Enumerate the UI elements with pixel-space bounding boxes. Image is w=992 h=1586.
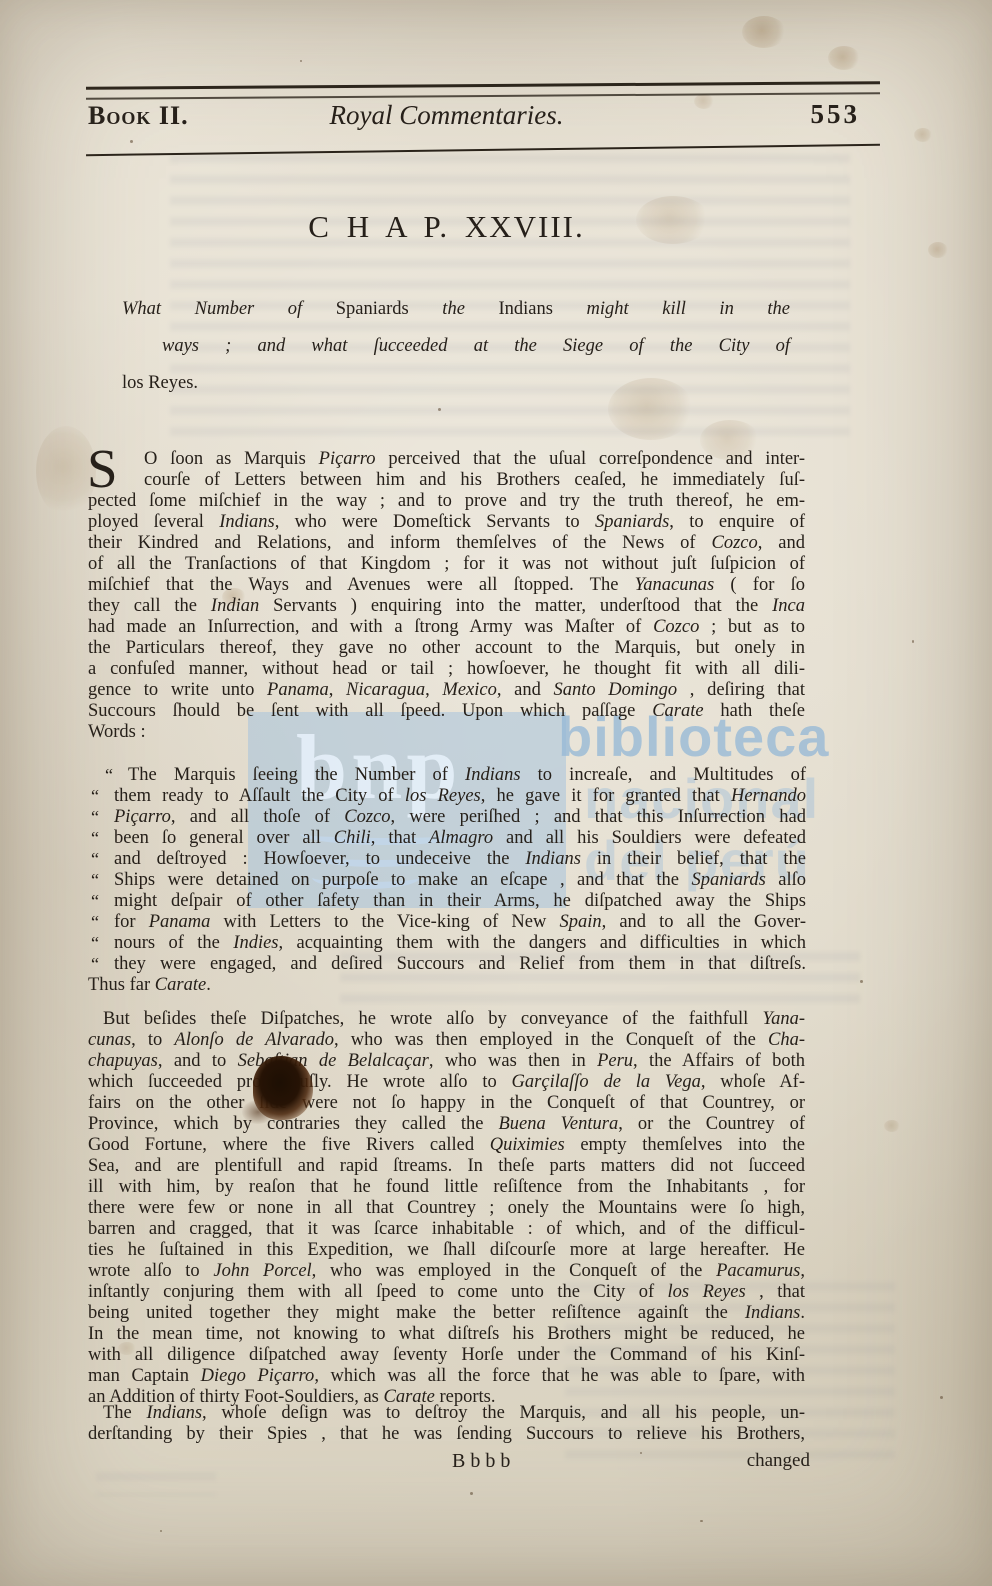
- body-line: courſe of Letters between him and his Br…: [88, 470, 805, 491]
- foxing-spot: [700, 420, 760, 460]
- quotation-mark: “: [91, 870, 99, 891]
- paragraph-1: S O ſoon as Marquis Piçarro perceived th…: [88, 449, 805, 743]
- quote-line: “them ready to Aſſault the City of los R…: [114, 786, 806, 807]
- foxing-spot: [884, 1120, 900, 1132]
- quotation-mark: “: [91, 912, 99, 933]
- foxing-spot: [742, 16, 786, 48]
- quote-line: “Ships were detained on purpoſe to make …: [114, 870, 806, 891]
- body-line: the Particulars thereof, they gave no ot…: [88, 638, 805, 659]
- quote-line: “for Panama with Letters to the Vice-kin…: [114, 912, 806, 933]
- quotation-mark: “: [91, 765, 113, 786]
- body-line: had made an Inſurrection, and with a ſtr…: [88, 617, 805, 638]
- body-line: derſtanding by their Spies , that he was…: [88, 1424, 805, 1445]
- foxing-spot: [828, 46, 860, 70]
- body-line: of all the Tranſactions of that Kingdom …: [88, 554, 805, 575]
- quote-line: “The Marquis ſeeing the Number of Indian…: [114, 765, 806, 786]
- subtitle-line: What Number of Spaniards the Indians mig…: [122, 291, 790, 328]
- body-line: ties he ſuſtained in this Expedition, we…: [88, 1240, 805, 1261]
- body-line: ill with him, by reaſon that he found li…: [88, 1177, 805, 1198]
- quotation-mark: “: [91, 786, 99, 807]
- foxing-spot: [914, 128, 932, 142]
- body-line: Thus far Carate.: [88, 975, 805, 996]
- paragraph-2: But beſides theſe Diſpatches, he wrote a…: [88, 1009, 805, 1408]
- body-line: Succours ſhould be ſent with all ſpeed. …: [88, 701, 805, 722]
- body-line: they call the Indian Servants ) enquirin…: [88, 596, 805, 617]
- body-line: O ſoon as Marquis Piçarro perceived that…: [88, 449, 805, 470]
- body-line: Good Fortune, where the five Rivers call…: [88, 1135, 805, 1156]
- quotation-mark: “: [91, 849, 99, 870]
- foxing-spot: [928, 242, 948, 258]
- foxing-spot: [608, 378, 694, 440]
- body-line: inſtantly conjuring them with all ſpeed …: [88, 1282, 805, 1303]
- body-line: their Kindred and Relations, and inform …: [88, 533, 805, 554]
- quotation-mark: “: [91, 807, 99, 828]
- foxing-spot: [118, 1342, 136, 1355]
- foxing-spot: [694, 94, 714, 109]
- book-page: bnp bibliotecanacionaldel perú Book II. …: [0, 0, 992, 1586]
- body-line: barren and cragged, that it was ſcarce i…: [88, 1219, 805, 1240]
- quote-line: “been ſo general over all Chili, that Al…: [114, 828, 806, 849]
- body-line: fairs on the other ſide were not ſo happ…: [88, 1093, 805, 1114]
- header-rule-top: [86, 81, 880, 90]
- body-line: a confuſed manner, without head or tail …: [88, 659, 805, 680]
- body-line: wrote alſo to John Porcel, who was emplo…: [88, 1261, 805, 1282]
- body-line: miſchief that the Ways and Avenues were …: [88, 575, 805, 596]
- signature-mark: B b b b: [452, 1450, 510, 1473]
- foxing-spot: [222, 588, 246, 606]
- body-line: In the mean time, not knowing to what di…: [88, 1324, 805, 1345]
- quote-line: “they were engaged, and deſired Succours…: [114, 954, 806, 975]
- body-line: But beſides theſe Diſpatches, he wrote a…: [88, 1009, 805, 1030]
- chapter-subtitle: What Number of Spaniards the Indians mig…: [122, 291, 790, 402]
- subtitle-line: ways ; and what ſucceeded at the Siege o…: [122, 328, 790, 365]
- foxing-spot: [36, 426, 96, 516]
- quotation-mark: “: [91, 828, 99, 849]
- body-line: being united together they might make th…: [88, 1303, 805, 1324]
- page-number: 553: [700, 99, 860, 130]
- body-line: Words :: [88, 722, 805, 743]
- body-line: man Captain Diego Piçarro, which was all…: [88, 1366, 805, 1387]
- quote-line: “nours of the Indies, acquainting them w…: [114, 933, 806, 954]
- quotation-mark: “: [91, 954, 99, 975]
- catchword: changed: [600, 1450, 810, 1472]
- quote-line: “Piçarro, and all thoſe of Cozco, were p…: [114, 807, 806, 828]
- quotation-mark: “: [91, 933, 99, 954]
- body-line: chapuyas, and to Sebaſtian de Belalcaçar…: [88, 1051, 805, 1072]
- body-line: there were few or none in all that Count…: [88, 1198, 805, 1219]
- body-line: gence to write unto Panama, Nicaragua, M…: [88, 680, 805, 701]
- body-line: with all diligence diſpatched away ſeven…: [88, 1345, 805, 1366]
- body-line: which ſucceeded proſperouſly. He wrote a…: [88, 1072, 805, 1093]
- body-line: Province, which by contraries they calle…: [88, 1114, 805, 1135]
- quote-line: “and deſtroyed : Howſoever, to undeceive…: [114, 849, 806, 870]
- quoted-passage: “The Marquis ſeeing the Number of Indian…: [114, 765, 806, 975]
- body-line: ployed ſeveral Indians, who were Domeſti…: [88, 512, 805, 533]
- showthrough-texture: [96, 1472, 216, 1496]
- quote-line: “might deſpair of other ſafety than in t…: [114, 891, 806, 912]
- body-line: Sea, and are plentifull and rapid ſtream…: [88, 1156, 805, 1177]
- thus-far-line: Thus far Carate.: [88, 975, 805, 996]
- body-line: The Indians, whoſe deſign was to deſtroy…: [88, 1403, 805, 1424]
- body-line: cunas, to Alonſo de Alvarado, who was th…: [88, 1030, 805, 1051]
- foxing-spot: [636, 196, 710, 244]
- paragraph-3: The Indians, whoſe deſign was to deſtroy…: [88, 1403, 805, 1445]
- quotation-mark: “: [91, 891, 99, 912]
- body-line: pected ſome miſchief in the way ; and to…: [88, 491, 805, 512]
- ink-smudge: [242, 1100, 274, 1124]
